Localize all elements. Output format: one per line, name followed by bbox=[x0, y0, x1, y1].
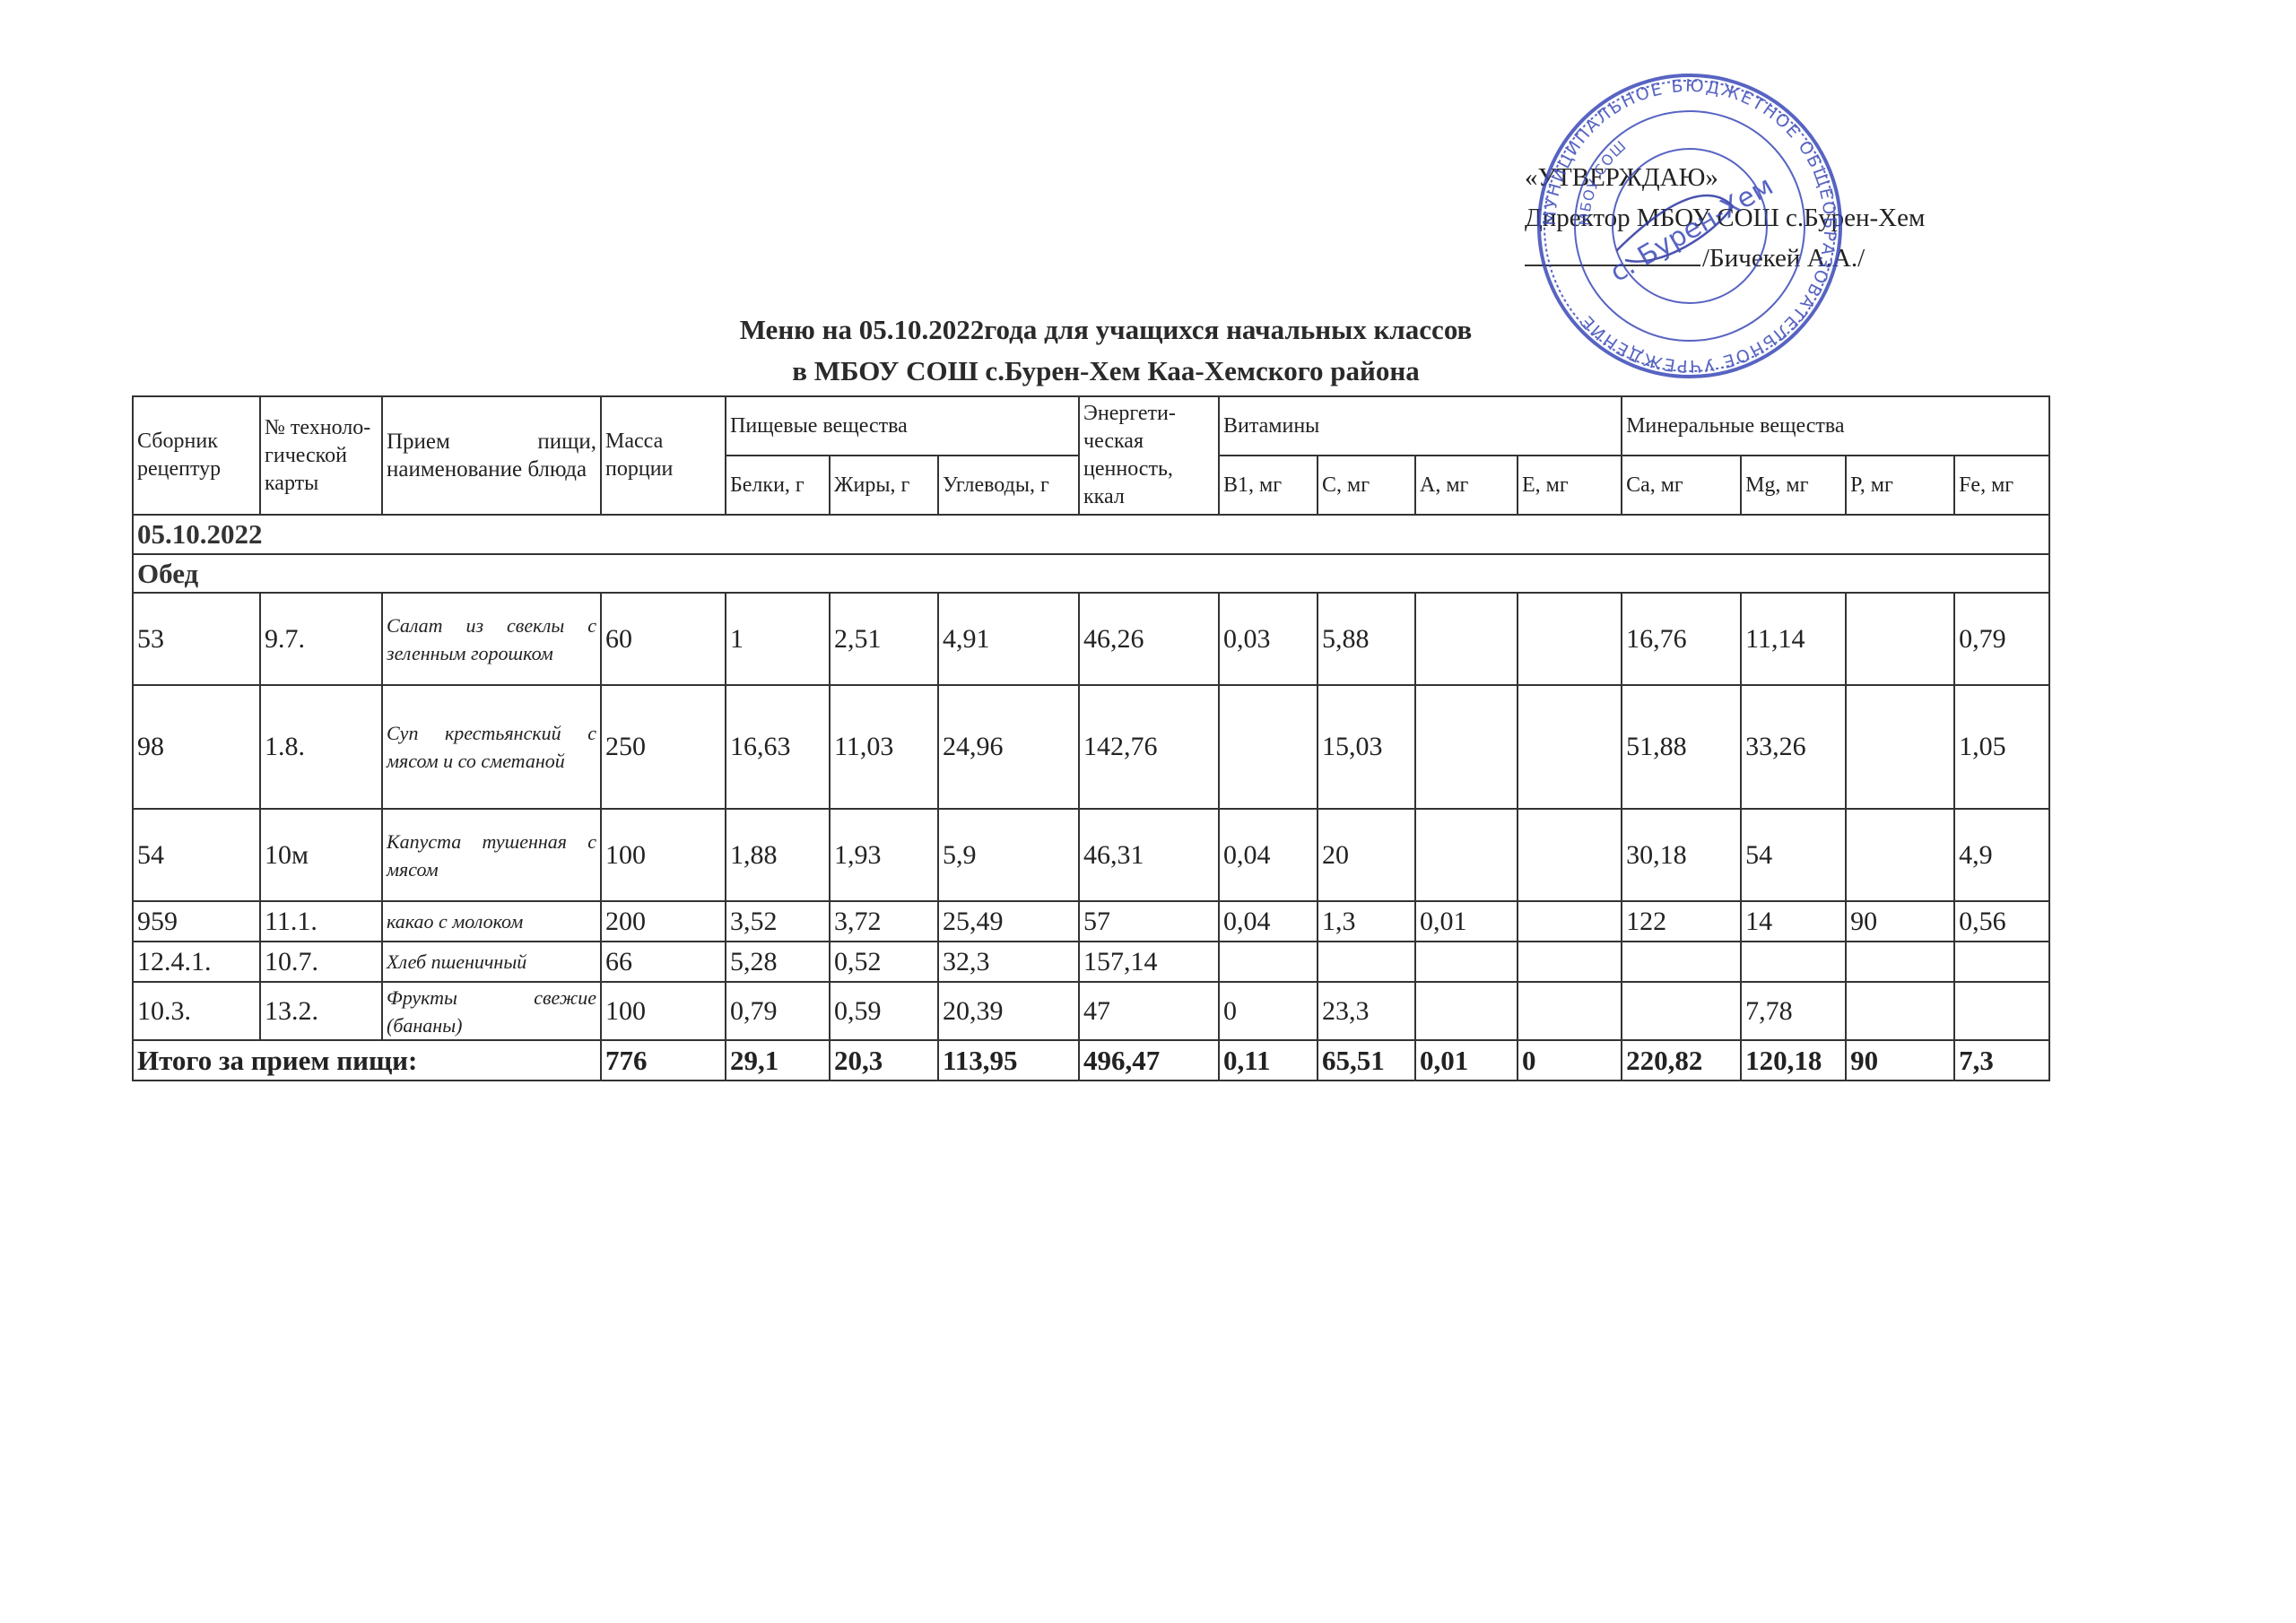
header-fe: Fe, мг bbox=[1954, 456, 2049, 515]
total-p: 90 bbox=[1846, 1040, 1954, 1081]
header-fats: Жиры, г bbox=[830, 456, 938, 515]
cell-carbs: 24,96 bbox=[938, 685, 1079, 809]
header-p: P, мг bbox=[1846, 456, 1954, 515]
total-e: 0 bbox=[1518, 1040, 1622, 1081]
approval-signatory: /Бичекей А.А./ bbox=[1702, 244, 1865, 273]
cell-mg bbox=[1741, 942, 1846, 982]
cell-mg: 14 bbox=[1741, 901, 1846, 942]
cell-mg: 54 bbox=[1741, 809, 1846, 901]
total-energy: 496,47 bbox=[1079, 1040, 1219, 1081]
cell-dish: Салат из свеклы с зеленным горошком bbox=[382, 593, 601, 685]
cell-fats: 11,03 bbox=[830, 685, 938, 809]
cell-b1: 0 bbox=[1219, 982, 1318, 1040]
header-proteins: Белки, г bbox=[726, 456, 830, 515]
cell-fe: 0,79 bbox=[1954, 593, 2049, 685]
cell-dish: Капуста тушенная с мясом bbox=[382, 809, 601, 901]
header-ca: Ca, мг bbox=[1622, 456, 1741, 515]
cell-fe: 1,05 bbox=[1954, 685, 2049, 809]
cell-mass: 66 bbox=[601, 942, 726, 982]
cell-tech-card: 11.1. bbox=[260, 901, 382, 942]
cell-e bbox=[1518, 593, 1622, 685]
cell-fe: 4,9 bbox=[1954, 809, 2049, 901]
cell-b1 bbox=[1219, 942, 1318, 982]
date-row: 05.10.2022 bbox=[133, 515, 2049, 554]
total-mass: 776 bbox=[601, 1040, 726, 1081]
approval-signature-line: /Бичекей А.А./ bbox=[1525, 239, 1925, 279]
cell-proteins: 1 bbox=[726, 593, 830, 685]
cell-tech-card: 10м bbox=[260, 809, 382, 901]
header-energy: Энергети-ческая ценность, ккал bbox=[1079, 396, 1219, 515]
cell-a bbox=[1415, 942, 1518, 982]
cell-mass: 100 bbox=[601, 982, 726, 1040]
table-row: 12.4.1.10.7.Хлеб пшеничный665,280,5232,3… bbox=[133, 942, 2049, 982]
cell-fats: 1,93 bbox=[830, 809, 938, 901]
cell-fats: 2,51 bbox=[830, 593, 938, 685]
cell-c: 23,3 bbox=[1318, 982, 1415, 1040]
cell-proteins: 5,28 bbox=[726, 942, 830, 982]
cell-tech-card: 9.7. bbox=[260, 593, 382, 685]
header-tech-card: № техноло-гической карты bbox=[260, 396, 382, 515]
cell-ca: 122 bbox=[1622, 901, 1741, 942]
cell-e bbox=[1518, 901, 1622, 942]
cell-tech-card: 1.8. bbox=[260, 685, 382, 809]
total-proteins: 29,1 bbox=[726, 1040, 830, 1081]
cell-b1: 0,04 bbox=[1219, 901, 1318, 942]
cell-dish: Хлеб пшеничный bbox=[382, 942, 601, 982]
cell-p: 90 bbox=[1846, 901, 1954, 942]
cell-energy: 157,14 bbox=[1079, 942, 1219, 982]
cell-energy: 47 bbox=[1079, 982, 1219, 1040]
cell-mass: 100 bbox=[601, 809, 726, 901]
header-row-1: Сборник рецептур № техноло-гической карт… bbox=[133, 396, 2049, 456]
cell-mass: 60 bbox=[601, 593, 726, 685]
cell-carbs: 25,49 bbox=[938, 901, 1079, 942]
cell-carbs: 5,9 bbox=[938, 809, 1079, 901]
cell-c: 20 bbox=[1318, 809, 1415, 901]
approval-position: Директор МБОУ СОШ с.Бурен-Хем bbox=[1525, 198, 1925, 239]
cell-a bbox=[1415, 685, 1518, 809]
cell-mass: 250 bbox=[601, 685, 726, 809]
cell-proteins: 16,63 bbox=[726, 685, 830, 809]
cell-p bbox=[1846, 809, 1954, 901]
header-minerals: Минеральные вещества bbox=[1622, 396, 2049, 456]
header-carbs: Углеводы, г bbox=[938, 456, 1079, 515]
cell-b1: 0,03 bbox=[1219, 593, 1318, 685]
cell-proteins: 1,88 bbox=[726, 809, 830, 901]
cell-dish: какао с молоком bbox=[382, 901, 601, 942]
meal-row: Обед bbox=[133, 554, 2049, 593]
cell-proteins: 0,79 bbox=[726, 982, 830, 1040]
header-dish: Прием пищи, наименование блюда bbox=[382, 396, 601, 515]
cell-p bbox=[1846, 982, 1954, 1040]
total-row: Итого за прием пищи: 776 29,1 20,3 113,9… bbox=[133, 1040, 2049, 1081]
header-e: E, мг bbox=[1518, 456, 1622, 515]
total-label: Итого за прием пищи: bbox=[133, 1040, 601, 1081]
cell-energy: 46,26 bbox=[1079, 593, 1219, 685]
cell-energy: 46,31 bbox=[1079, 809, 1219, 901]
total-fe: 7,3 bbox=[1954, 1040, 2049, 1081]
menu-title-line-1: Меню на 05.10.2022года для учащихся нача… bbox=[0, 314, 2212, 346]
cell-mass: 200 bbox=[601, 901, 726, 942]
cell-ca: 30,18 bbox=[1622, 809, 1741, 901]
cell-dish: Фрукты свежие (бананы) bbox=[382, 982, 601, 1040]
cell-e bbox=[1518, 809, 1622, 901]
table-row: 10.3.13.2.Фрукты свежие (бананы)1000,790… bbox=[133, 982, 2049, 1040]
cell-e bbox=[1518, 942, 1622, 982]
cell-a: 0,01 bbox=[1415, 901, 1518, 942]
cell-fe bbox=[1954, 942, 2049, 982]
cell-mg: 7,78 bbox=[1741, 982, 1846, 1040]
total-mg: 120,18 bbox=[1741, 1040, 1846, 1081]
total-a: 0,01 bbox=[1415, 1040, 1518, 1081]
cell-energy: 142,76 bbox=[1079, 685, 1219, 809]
table-row: 539.7.Салат из свеклы с зеленным горошко… bbox=[133, 593, 2049, 685]
cell-fe bbox=[1954, 982, 2049, 1040]
total-carbs: 113,95 bbox=[938, 1040, 1079, 1081]
cell-a bbox=[1415, 593, 1518, 685]
header-nutrients: Пищевые вещества bbox=[726, 396, 1079, 456]
cell-p bbox=[1846, 685, 1954, 809]
cell-collection: 959 bbox=[133, 901, 260, 942]
cell-mg: 33,26 bbox=[1741, 685, 1846, 809]
header-vitamins: Витамины bbox=[1219, 396, 1622, 456]
cell-collection: 98 bbox=[133, 685, 260, 809]
cell-dish: Суп крестьянский с мясом и со сметаной bbox=[382, 685, 601, 809]
cell-carbs: 20,39 bbox=[938, 982, 1079, 1040]
cell-mg: 11,14 bbox=[1741, 593, 1846, 685]
cell-b1 bbox=[1219, 685, 1318, 809]
approval-heading: «УТВЕРЖДАЮ» bbox=[1525, 158, 1925, 198]
cell-a bbox=[1415, 982, 1518, 1040]
cell-c: 15,03 bbox=[1318, 685, 1415, 809]
table-row: 981.8.Суп крестьянский с мясом и со смет… bbox=[133, 685, 2049, 809]
cell-ca bbox=[1622, 982, 1741, 1040]
cell-collection: 53 bbox=[133, 593, 260, 685]
cell-energy: 57 bbox=[1079, 901, 1219, 942]
cell-fe: 0,56 bbox=[1954, 901, 2049, 942]
table-row: 5410мКапуста тушенная с мясом1001,881,93… bbox=[133, 809, 2049, 901]
header-c: C, мг bbox=[1318, 456, 1415, 515]
cell-fats: 0,59 bbox=[830, 982, 938, 1040]
cell-collection: 10.3. bbox=[133, 982, 260, 1040]
header-a: A, мг bbox=[1415, 456, 1518, 515]
total-c: 65,51 bbox=[1318, 1040, 1415, 1081]
cell-p bbox=[1846, 593, 1954, 685]
cell-collection: 12.4.1. bbox=[133, 942, 260, 982]
signature-blank bbox=[1525, 239, 1700, 266]
meal-label: Обед bbox=[133, 554, 2049, 593]
header-mass: Масса порции bbox=[601, 396, 726, 515]
cell-carbs: 32,3 bbox=[938, 942, 1079, 982]
approval-block: «УТВЕРЖДАЮ» Директор МБОУ СОШ с.Бурен-Хе… bbox=[1525, 158, 1925, 279]
cell-collection: 54 bbox=[133, 809, 260, 901]
cell-b1: 0,04 bbox=[1219, 809, 1318, 901]
cell-e bbox=[1518, 685, 1622, 809]
header-mg: Mg, мг bbox=[1741, 456, 1846, 515]
cell-fats: 0,52 bbox=[830, 942, 938, 982]
menu-title-line-2: в МБОУ СОШ с.Бурен-Хем Каа-Хемского райо… bbox=[0, 355, 2212, 387]
cell-c bbox=[1318, 942, 1415, 982]
date-label: 05.10.2022 bbox=[133, 515, 2049, 554]
cell-carbs: 4,91 bbox=[938, 593, 1079, 685]
header-collection: Сборник рецептур bbox=[133, 396, 260, 515]
cell-c: 1,3 bbox=[1318, 901, 1415, 942]
total-fats: 20,3 bbox=[830, 1040, 938, 1081]
cell-e bbox=[1518, 982, 1622, 1040]
cell-a bbox=[1415, 809, 1518, 901]
cell-ca: 51,88 bbox=[1622, 685, 1741, 809]
cell-proteins: 3,52 bbox=[726, 901, 830, 942]
table-row: 95911.1.какао с молоком2003,523,7225,495… bbox=[133, 901, 2049, 942]
total-ca: 220,82 bbox=[1622, 1040, 1741, 1081]
cell-c: 5,88 bbox=[1318, 593, 1415, 685]
cell-tech-card: 13.2. bbox=[260, 982, 382, 1040]
cell-p bbox=[1846, 942, 1954, 982]
cell-ca: 16,76 bbox=[1622, 593, 1741, 685]
total-b1: 0,11 bbox=[1219, 1040, 1318, 1081]
menu-table: Сборник рецептур № техноло-гической карт… bbox=[132, 395, 2050, 1081]
cell-tech-card: 10.7. bbox=[260, 942, 382, 982]
header-b1: B1, мг bbox=[1219, 456, 1318, 515]
cell-ca bbox=[1622, 942, 1741, 982]
cell-fats: 3,72 bbox=[830, 901, 938, 942]
